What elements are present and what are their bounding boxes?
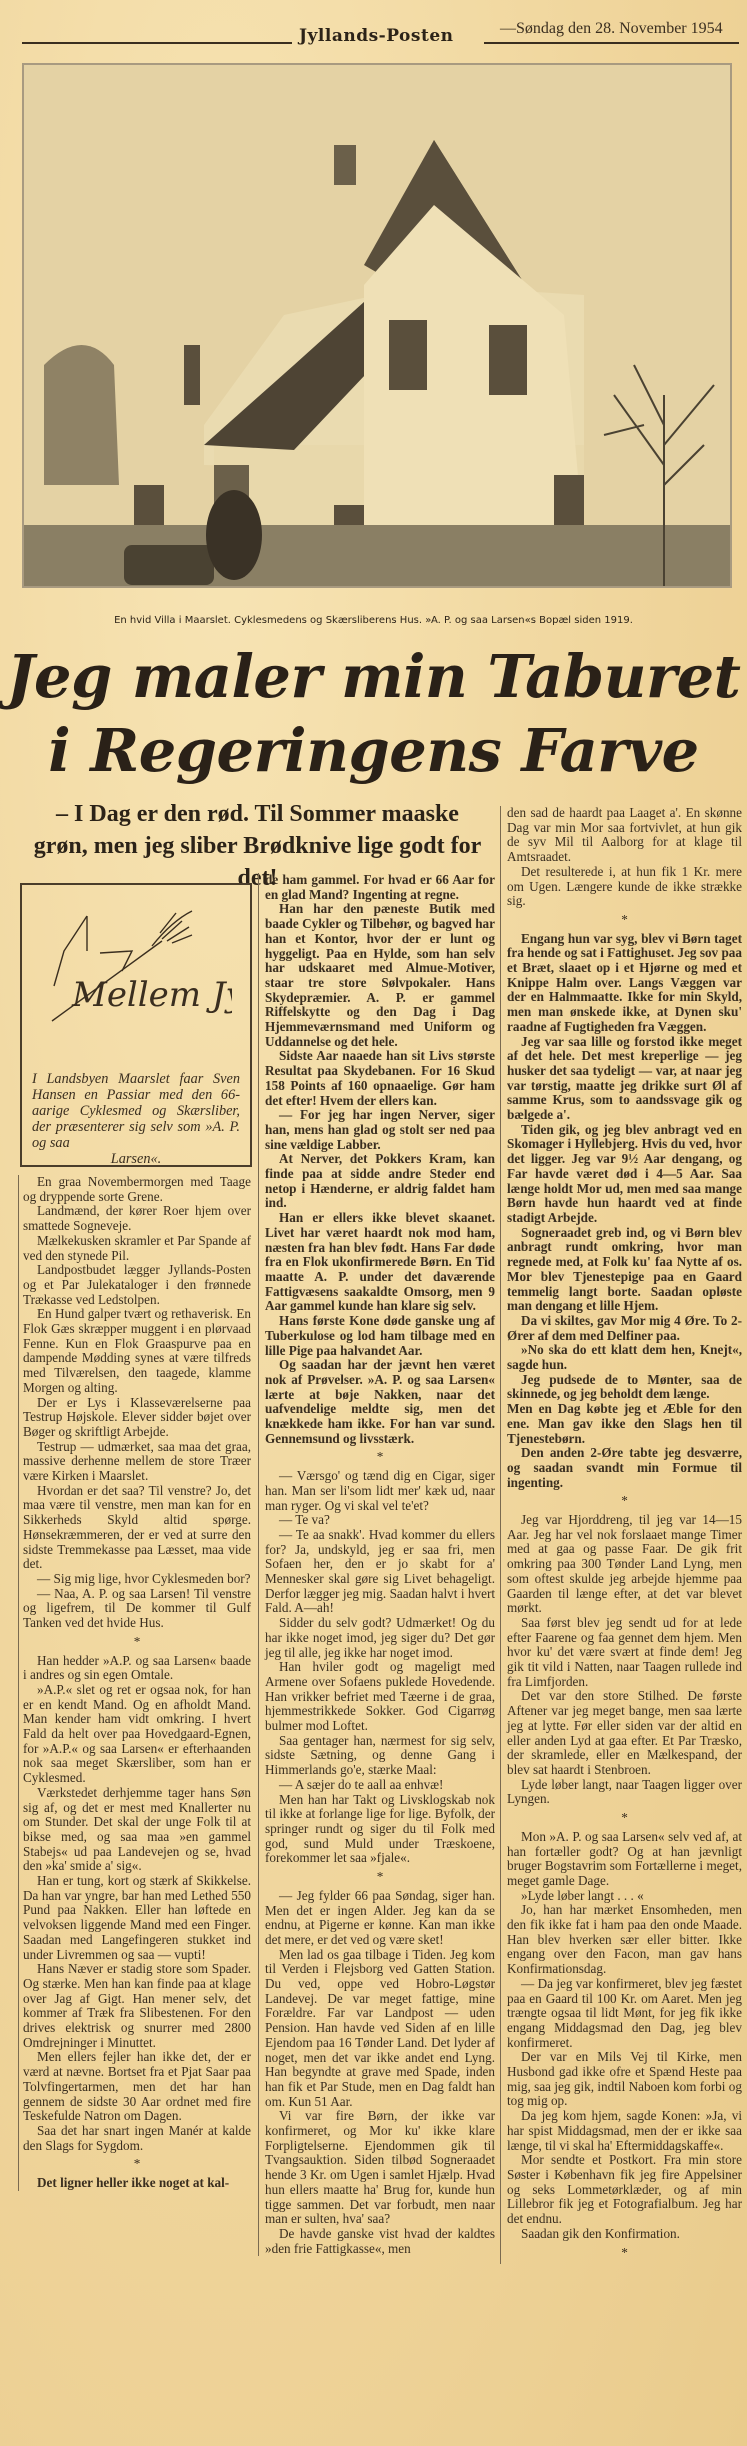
article-paragraph: Tiden gik, og jeg blev anbragt ved en Sk… bbox=[507, 1123, 742, 1226]
masthead: Jyllands-Posten —Søndag den 28. November… bbox=[14, 20, 739, 50]
article-paragraph: Mælkekusken skramler et Par Spande af ve… bbox=[23, 1234, 251, 1263]
article-paragraph: Da jeg kom hjem, sagde Konen: »Ja, vi ha… bbox=[507, 2109, 742, 2153]
article-paragraph: Det resulterede i, at hun fik 1 Kr. mere… bbox=[507, 865, 742, 909]
article-paragraph: Saa gentager han, nærmest for sig selv, … bbox=[265, 1734, 495, 1778]
article-paragraph: Jeg pudsede de to Mønter, saa de skinned… bbox=[507, 1373, 742, 1402]
article-paragraph: Men en Dag købte jeg et Æble for den ene… bbox=[507, 1402, 742, 1446]
section-break-asterisk: * bbox=[507, 913, 742, 928]
article-paragraph: — Værsgo' og tænd dig en Cigar, siger ha… bbox=[265, 1469, 495, 1513]
article-paragraph: Hvordan er det saa? Til venstre? Jo, det… bbox=[23, 1484, 251, 1572]
section-break-asterisk: * bbox=[507, 2246, 742, 2261]
article-paragraph: Men ellers fejler han ikke det, der er v… bbox=[23, 2050, 251, 2124]
article-paragraph: Da vi skiltes, gav Mor mig 4 Øre. To 2-Ø… bbox=[507, 1314, 742, 1343]
article-paragraph: Men han har Takt og Livsklogskab nok til… bbox=[265, 1793, 495, 1867]
article-column-2: de ham gammel. For hvad er 66 Aar for en… bbox=[258, 873, 495, 2256]
wheat-ear-icon: Mellem Jyder bbox=[32, 891, 232, 1061]
article-paragraph: Han er tung, kort og stærk af Skikkelse.… bbox=[23, 1874, 251, 1962]
house-photo-icon bbox=[24, 65, 730, 586]
article-paragraph: At Nerver, det Pokkers Kram, kan finde p… bbox=[265, 1152, 495, 1211]
article-paragraph: — Jeg fylder 66 paa Søndag, siger han. M… bbox=[265, 1889, 495, 1948]
article-paragraph: Det ligner heller ikke noget at kal- bbox=[23, 2176, 251, 2191]
column-intro: I Landsbyen Maarslet faar Sven Hansen en… bbox=[32, 1071, 240, 1167]
article-paragraph: Sidste Aar naaede han sit Livs største R… bbox=[265, 1049, 495, 1108]
article-paragraph: En Hund galper tvært og rethaverisk. En … bbox=[23, 1307, 251, 1395]
masthead-rule-right bbox=[484, 42, 739, 44]
newspaper-name: Jyllands-Posten bbox=[299, 26, 454, 46]
article-paragraph: »No ska do ett klatt dem hen, Knejt«, sa… bbox=[507, 1343, 742, 1372]
article-paragraph: Vi var fire Børn, der ikke var konfirmer… bbox=[265, 2109, 495, 2227]
article-paragraph: Saadan gik den Konfirmation. bbox=[507, 2227, 742, 2242]
article-paragraph: Men lad os gaa tilbage i Tiden. Jeg kom … bbox=[265, 1948, 495, 2110]
article-column-3: den sad de haardt paa Laaget a'. En skøn… bbox=[500, 806, 742, 2264]
article-paragraph: Han hedder »A.P. og saa Larsen« baade i … bbox=[23, 1654, 251, 1683]
article-paragraph: — Da jeg var konfirmeret, blev jeg fæste… bbox=[507, 1977, 742, 2051]
article-paragraph: Sogneraadet greb ind, og vi Børn blev an… bbox=[507, 1226, 742, 1314]
article-paragraph: En graa Novembermorgen med Taage og dryp… bbox=[23, 1175, 251, 1204]
article-column-1: En graa Novembermorgen med Taage og dryp… bbox=[18, 1175, 251, 2191]
article-paragraph: Hans første Kone døde ganske ung af Tube… bbox=[265, 1314, 495, 1358]
article-paragraph: »A.P.« slet og ret er ogsaa nok, for han… bbox=[23, 1683, 251, 1786]
svg-text:Mellem Jyder: Mellem Jyder bbox=[71, 975, 232, 1015]
article-paragraph: — Te va? bbox=[265, 1513, 495, 1528]
article-paragraph: Der er Lys i Klasseværelserne paa Testru… bbox=[23, 1396, 251, 1440]
article-paragraph: Det var den store Stilhed. De første Aft… bbox=[507, 1689, 742, 1777]
article-paragraph: den sad de haardt paa Laaget a'. En skøn… bbox=[507, 806, 742, 865]
article-paragraph: Jo, han har mærket Ensomheden, men den f… bbox=[507, 1903, 742, 1977]
article-paragraph: — A sæjer do te aall aa enhvæ! bbox=[265, 1778, 495, 1793]
section-break-asterisk: * bbox=[265, 1870, 495, 1885]
article-paragraph: Landpostbudet lægger Jyllands-Posten og … bbox=[23, 1263, 251, 1307]
article-paragraph: Saa først blev jeg sendt ud for at lede … bbox=[507, 1616, 742, 1690]
issue-date: —Søndag den 28. November 1954 bbox=[500, 20, 723, 38]
section-break-asterisk: * bbox=[23, 1635, 251, 1650]
house-photo bbox=[22, 63, 732, 588]
article-paragraph: De havde ganske vist hvad der kaldtes »d… bbox=[265, 2227, 495, 2256]
column-logo-box: Mellem Jyder I Landsbyen Maarslet faar S… bbox=[20, 883, 252, 1167]
article-paragraph: — Naa, A. P. og saa Larsen! Til venstre … bbox=[23, 1587, 251, 1631]
article-paragraph: Engang hun var syg, blev vi Børn taget f… bbox=[507, 932, 742, 1035]
photo-caption: En hvid Villa i Maarslet. Cyklesmedens o… bbox=[0, 615, 747, 626]
article-paragraph: Og saadan har der jævnt hen været nok af… bbox=[265, 1358, 495, 1446]
article-paragraph: Testrup — udmærket, saa maa det graa, ma… bbox=[23, 1440, 251, 1484]
article-paragraph: — Te aa snakk'. Hvad kommer du ellers fo… bbox=[265, 1528, 495, 1616]
article-paragraph: Jeg var Hjorddreng, til jeg var 14—15 Aa… bbox=[507, 1513, 742, 1616]
section-break-asterisk: * bbox=[265, 1450, 495, 1465]
article-paragraph: Han hviler godt og mageligt med Armene o… bbox=[265, 1660, 495, 1734]
section-break-asterisk: * bbox=[23, 2157, 251, 2172]
article-paragraph: Han er ellers ikke blevet skaanet. Livet… bbox=[265, 1211, 495, 1314]
article-paragraph: Hans Næver er stadig store som Spader. O… bbox=[23, 1962, 251, 2050]
section-break-asterisk: * bbox=[507, 1811, 742, 1826]
article-paragraph: Værkstedet derhjemme tager hans Søn sig … bbox=[23, 1786, 251, 1874]
headline-line-1: Jeg maler min Taburet bbox=[0, 640, 747, 714]
article-paragraph: Sidder du selv godt? Udmærket! Og du har… bbox=[265, 1616, 495, 1660]
article-paragraph: de ham gammel. For hvad er 66 Aar for en… bbox=[265, 873, 495, 902]
article-paragraph: Den anden 2-Øre tabte jeg desværre, og s… bbox=[507, 1446, 742, 1490]
headline: Jeg maler min Taburet i Regeringens Farv… bbox=[0, 640, 747, 788]
article-paragraph: Han har den pæneste Butik med baade Cykl… bbox=[265, 902, 495, 1049]
article-paragraph: Jeg var saa lille og forstod ikke meget … bbox=[507, 1035, 742, 1123]
article-paragraph: — Sig mig lige, hvor Cyklesmeden bor? bbox=[23, 1572, 251, 1587]
column-intro-end: Larsen«. bbox=[32, 1151, 240, 1167]
section-break-asterisk: * bbox=[507, 1494, 742, 1509]
masthead-rule-left bbox=[22, 42, 292, 44]
article-paragraph: Landmænd, der kører Roer hjem over smatt… bbox=[23, 1204, 251, 1233]
headline-line-2: i Regeringens Farve bbox=[0, 714, 747, 788]
article-paragraph: Lyde løber langt, naar Taagen ligger ove… bbox=[507, 1778, 742, 1807]
article-paragraph: Mor sendte et Postkort. Fra min store Sø… bbox=[507, 2153, 742, 2227]
column-intro-text: I Landsbyen Maarslet faar Sven Hansen en… bbox=[32, 1071, 240, 1151]
article-paragraph: Der var en Mils Vej til Kirke, men Husbo… bbox=[507, 2050, 742, 2109]
article-paragraph: »Lyde løber langt . . . « bbox=[507, 1889, 742, 1904]
article-paragraph: Mon »A. P. og saa Larsen« selv ved af, a… bbox=[507, 1830, 742, 1889]
article-paragraph: — For jeg har ingen Nerver, siger han, m… bbox=[265, 1108, 495, 1152]
article-paragraph: Saa det har snart ingen Manér at kalde d… bbox=[23, 2124, 251, 2153]
